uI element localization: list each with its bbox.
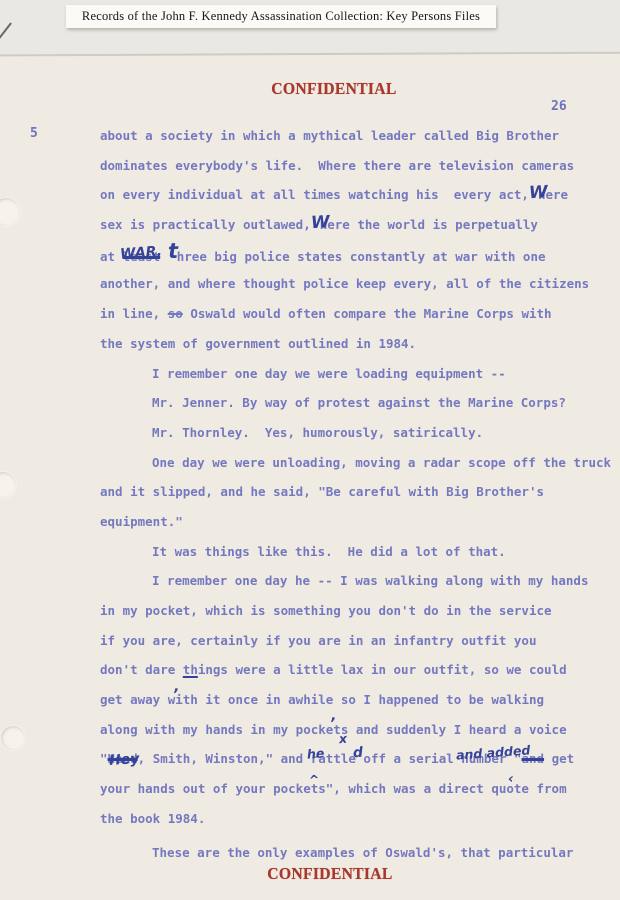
- archive-header-text: Records of the John F. Kennedy Assassina…: [82, 9, 480, 24]
- text-line: One day we were unloading, moving a rada…: [100, 448, 615, 478]
- punch-hole: [0, 472, 16, 498]
- text-line: "HeyHead, Smith, Winston," andhe^ rattle…: [100, 744, 615, 774]
- typed-text-segment: One day we were unloading, moving a rada…: [152, 455, 611, 470]
- page-number: 26: [551, 99, 567, 114]
- typed-text-segment: off a serial: [356, 751, 454, 766]
- edited-text-segment: t: [167, 237, 177, 267]
- typed-text-segment: Mr. Thornley. Yes, humorously, satirical…: [152, 425, 483, 440]
- typed-text-segment: along with my hands in my pocket: [100, 722, 341, 737]
- typed-text-segment: the system of government outlined in 198…: [100, 336, 416, 351]
- typed-text-segment: the book 1984.: [100, 811, 205, 826]
- text-line: equipment.": [100, 507, 615, 537]
- handwritten-annotation: ,: [174, 680, 180, 694]
- text-line: if you are, certainly if you are in an i…: [100, 626, 615, 656]
- typed-text-segment: get: [544, 751, 574, 766]
- text-line: the system of government outlined in 198…: [100, 329, 615, 359]
- typed-text-segment: ": [100, 751, 108, 766]
- typed-text-segment: and suddenly I heard a voice: [348, 722, 566, 737]
- typed-text-segment: [175, 662, 183, 677]
- typed-text-segment: on every individual at all times watchin…: [100, 187, 529, 202]
- scanned-document-page: Records of the John F. Kennedy Assassina…: [0, 0, 620, 900]
- confidential-stamp-top: CONFIDENTIAL: [271, 79, 396, 100]
- typed-text-segment: equipment.": [100, 514, 183, 529]
- text-line: at WAR,least three big police states con…: [100, 240, 615, 270]
- typed-text-segment: dominates everybody's life. Where there …: [100, 158, 574, 173]
- text-line: dominates everybody's life. Where there …: [100, 151, 615, 181]
- text-line: the book 1984.: [100, 804, 615, 834]
- typed-text-segment: your hands out of your pockets", which w…: [100, 781, 567, 796]
- typed-text-segment: It was things like this. He did a lot of…: [152, 544, 506, 559]
- text-line: Mr. Thornley. Yes, humorously, satirical…: [100, 418, 615, 448]
- typed-text-segment: get away with it once in awhile: [100, 692, 333, 707]
- edited-text-segment: W: [528, 179, 539, 209]
- handwritten-annotation: he: [307, 747, 325, 762]
- edited-text-segment: W: [310, 209, 321, 239]
- edited-text-segment: so: [168, 306, 183, 321]
- handwritten-annotation: ,: [331, 709, 337, 723]
- typed-text-segment: don't dare: [100, 662, 175, 677]
- typed-text-segment: sex is practically outlawed,: [100, 217, 311, 232]
- typed-text-segment: hree big police states constantly at war…: [177, 249, 546, 264]
- handwritten-annotation: d: [352, 746, 363, 761]
- text-line: Mr. Jenner. By way of protest against th…: [100, 388, 615, 418]
- typed-text-segment: in line,: [100, 306, 168, 321]
- typed-text-segment: Oswald would often compare the Marine Co…: [183, 306, 552, 321]
- text-line: along with my hands in my pocketsx and s…: [100, 715, 615, 745]
- text-line: your hands out of your pockets", which w…: [100, 774, 615, 804]
- typed-text-segment: about a society in which a mythical lead…: [100, 128, 559, 143]
- typed-text-segment: These are the only examples of Oswald's,…: [152, 845, 573, 860]
- typewritten-body: about a society in which a mythical lead…: [100, 121, 615, 867]
- text-line: I remember one day he -- I was walking a…: [100, 566, 615, 596]
- typed-text-segment: another, and where thought police keep e…: [100, 276, 589, 291]
- margin-line-number: 5: [30, 126, 38, 141]
- text-line: don't dare, things were a little lax in …: [100, 655, 615, 685]
- punch-hole: [1, 726, 25, 750]
- handwritten-annotation: x: [339, 731, 348, 746]
- edited-text-segment: th: [183, 662, 198, 677]
- archive-header-label: Records of the John F. Kennedy Assassina…: [66, 5, 496, 28]
- text-line: and it slipped, and he said, "Be careful…: [100, 477, 615, 507]
- typed-text-segment: Mr. Jenner. By way of protest against th…: [152, 395, 566, 410]
- handwritten-annotation: Hey: [108, 752, 139, 768]
- typed-text-segment: , Smith, Winston," and: [138, 751, 304, 766]
- typed-text-segment: I remember one day he -- I was walking a…: [152, 573, 589, 588]
- typed-text-segment: if you are, certainly if you are in an i…: [100, 633, 537, 648]
- text-line: another, and where thought police keep e…: [100, 269, 615, 299]
- handwritten-annotation: WAR,: [119, 244, 162, 261]
- punch-hole: [0, 198, 20, 226]
- typed-text-segment: in my pocket, which is something you don…: [100, 603, 552, 618]
- text-line: about a society in which a mythical lead…: [100, 121, 615, 151]
- typed-text-segment: so I happened to be walking: [333, 692, 544, 707]
- text-line: in line, so Oswald would often compare t…: [100, 299, 615, 329]
- typed-text-segment: I remember one day we were loading equip…: [152, 366, 506, 381]
- text-line: I remember one day we were loading equip…: [100, 359, 615, 389]
- handwritten-annotation: ^: [309, 773, 320, 788]
- handwritten-annotation: ‹: [507, 772, 514, 786]
- text-line: It was things like this. He did a lot of…: [100, 537, 615, 567]
- text-line: on every individual at all times watchin…: [100, 180, 615, 210]
- confidential-stamp-bottom: CONFIDENTIAL: [267, 864, 392, 885]
- text-line: sex is practically outlawed,Where the wo…: [100, 210, 615, 240]
- typed-text-segment: ings were a little lax in our outfit, so…: [198, 662, 567, 677]
- text-line: in my pocket, which is something you don…: [100, 596, 615, 626]
- typed-text-segment: and it slipped, and he said, "Be careful…: [100, 484, 544, 499]
- typed-text-segment: here the world is perpetually: [320, 217, 538, 232]
